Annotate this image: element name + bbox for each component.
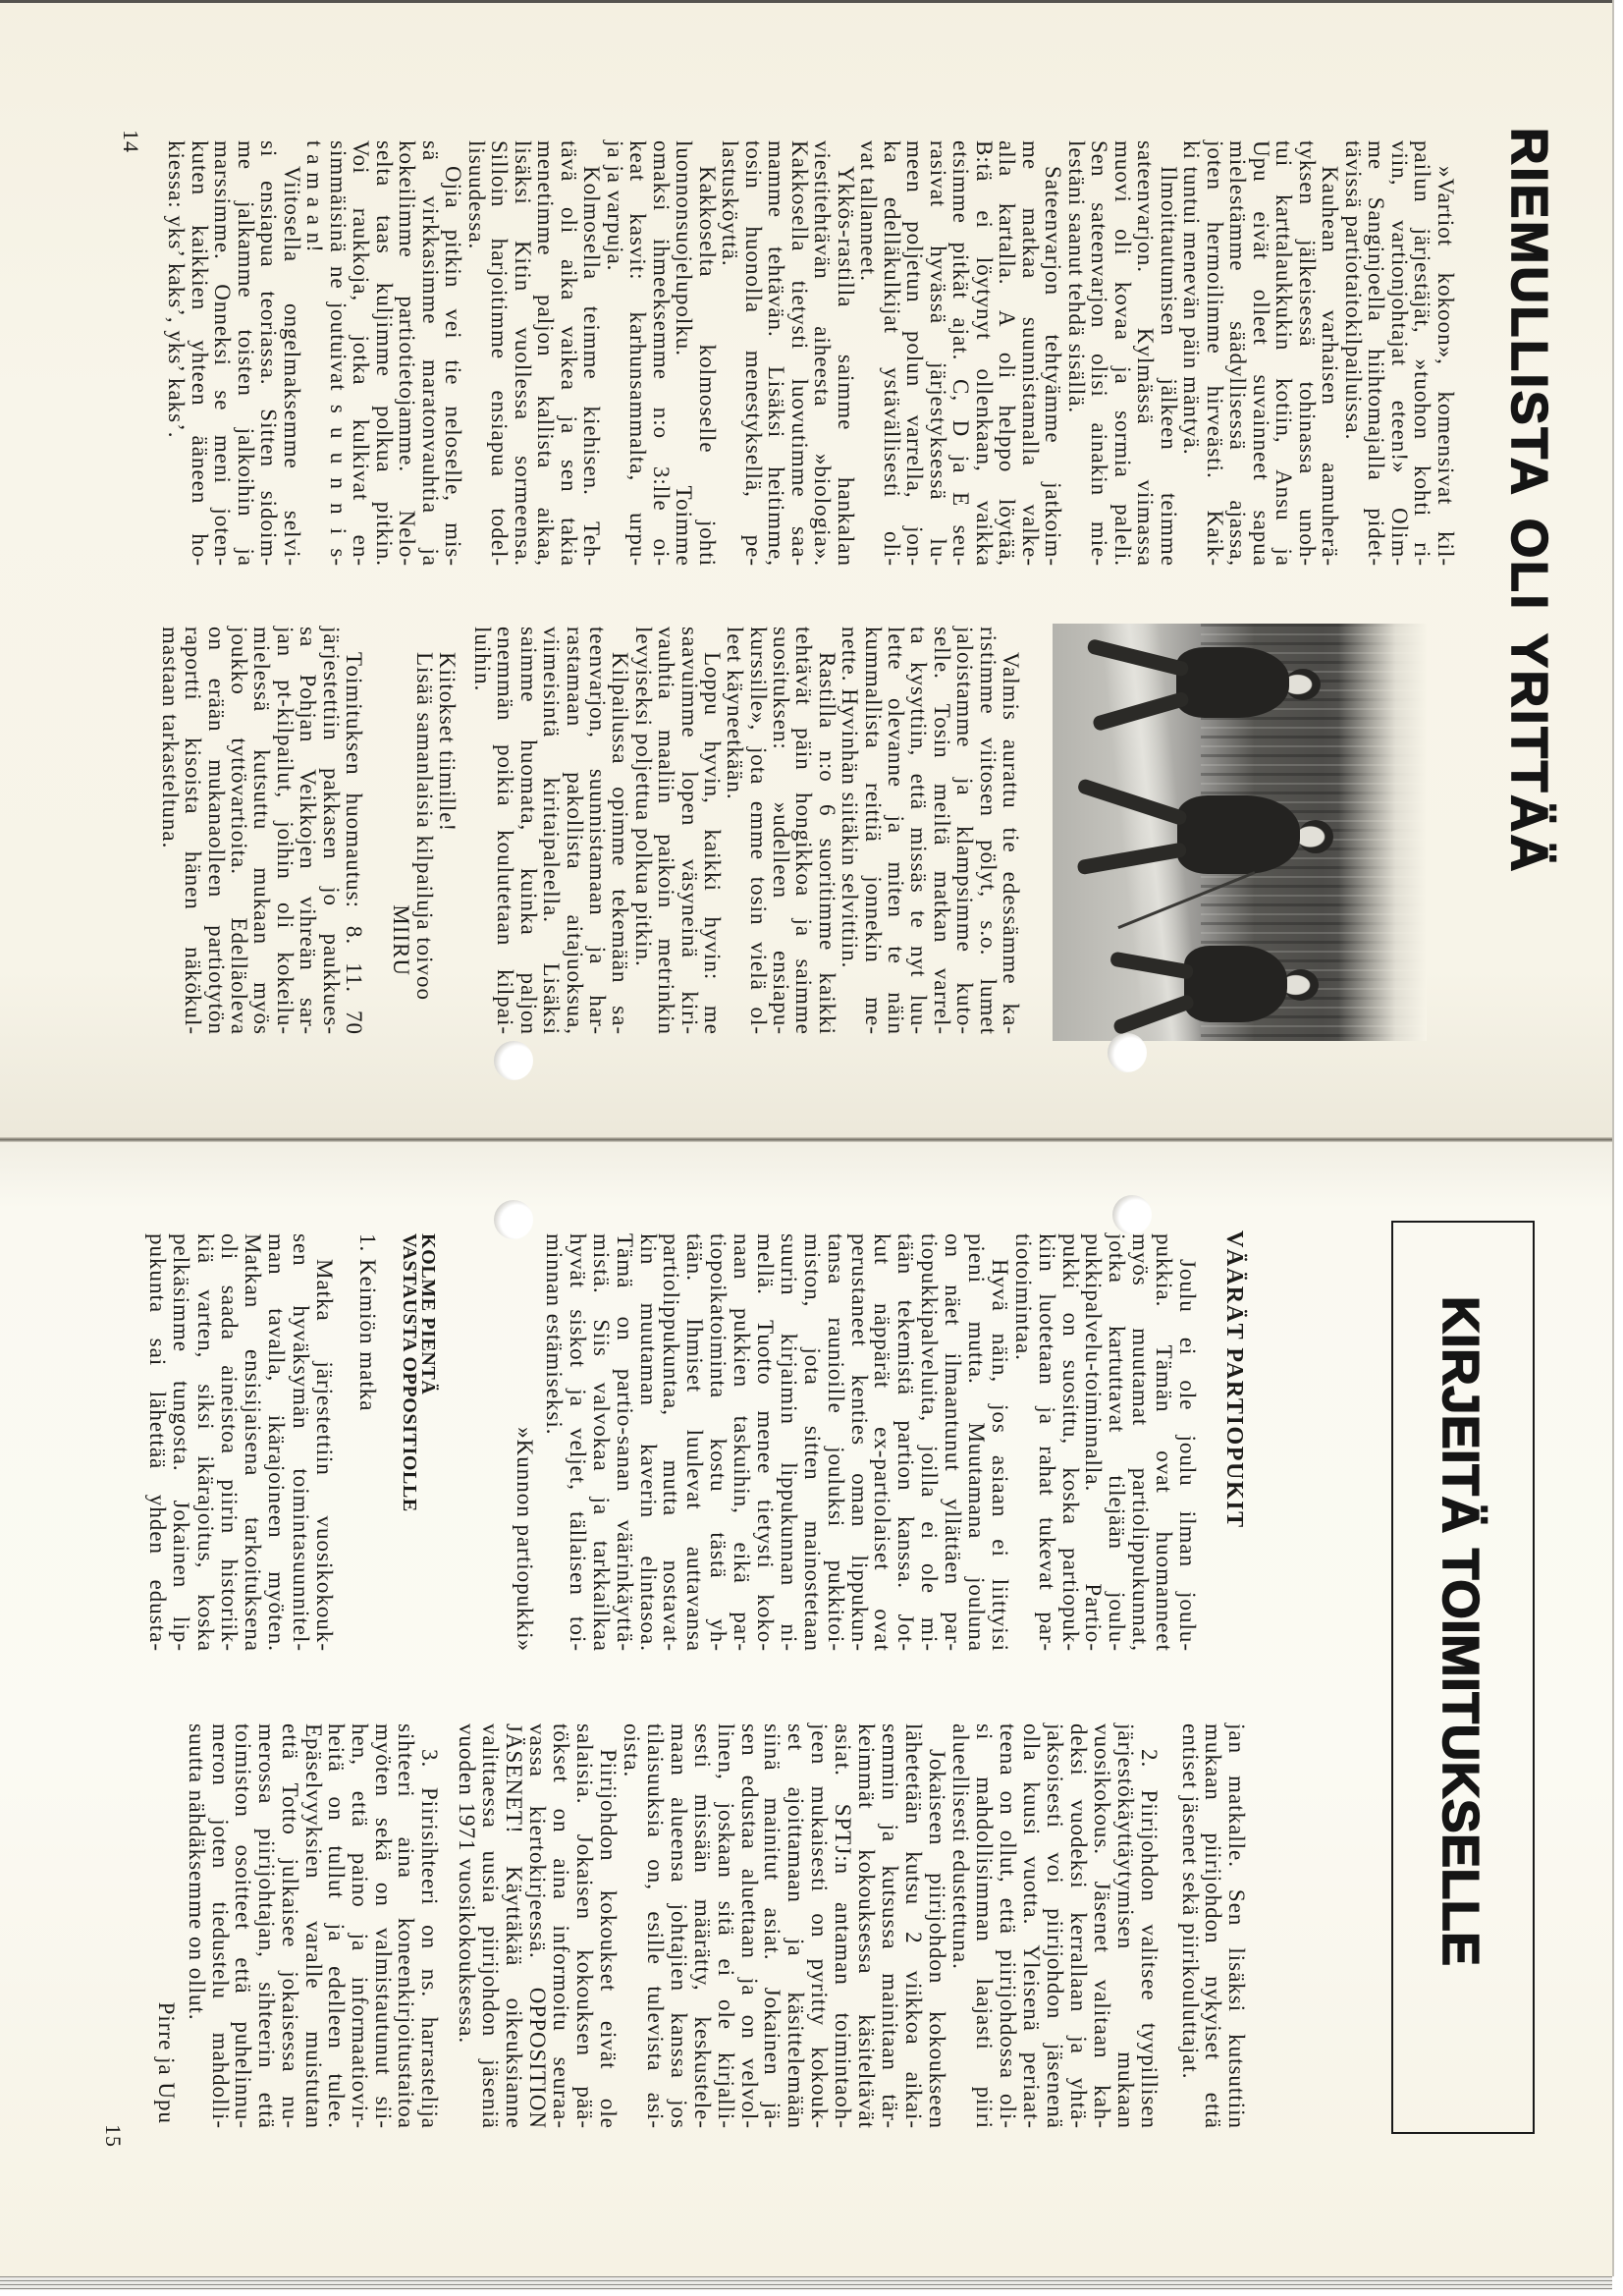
text-line: Kolmosella teimme kiehisen. Teh- (580, 140, 604, 567)
text-line: jaksoisesti voi piirijohdon jäsenenä (1043, 1723, 1066, 2129)
text-line: Jokaiseen piirijohdon kokoukseen (925, 1723, 948, 2129)
figure-head (1283, 969, 1319, 1001)
text-line: pukki on suosittu, koska partiopuk- (1058, 1233, 1082, 1652)
text-line: oista. (620, 1723, 643, 2129)
editor-note: Toimituksen huomautus: 8. 11. 70 järjest… (158, 627, 365, 1035)
author-signature: »Kunnon partiopukki» (513, 1233, 536, 1652)
text-line: lette olevanne ja miten te näin (885, 627, 907, 1035)
punch-hole (494, 1200, 533, 1239)
text-line: jan pt-kilpailut, joihin oli kokeilu- (273, 627, 296, 1035)
text-line: tävä oli aika vaikea ja sen takia (558, 140, 581, 567)
text-line: sihteeri aina koneenkirjoitustaitoa (395, 1723, 418, 2129)
text-line: ristimme viitosen pölyt, s.o. lumet (976, 627, 999, 1035)
text-line: set ajoittamaan ja käsittelemään (784, 1723, 808, 2129)
text-line: jan matkalle. Sen lisäksi kutsuttiin (1225, 1723, 1249, 2129)
text-line: tyksen jälkeisessä tohinassa unoh- (1296, 140, 1320, 567)
figure-body (1177, 795, 1300, 874)
letter-2-signature: Pirre ja Upu (154, 1723, 178, 2124)
text-line: si mahdollisimman laajasti piiri (972, 1723, 996, 2129)
text-line: sesti missään määrätty, keskustele- (690, 1723, 714, 2129)
text-line: man tavalla, ikärajoineen myöten. (264, 1233, 288, 1652)
text-line: nette. Hyvinhän siitäkin selvittiin. (839, 627, 861, 1035)
text-line: siinä mainitut asiat. Jokainen jä- (761, 1723, 784, 2129)
text-line: kiä varten, siksi ikärajoitus, koska (192, 1233, 216, 1652)
text-line: tään. Ihmiset luulevat auttavansa (682, 1233, 706, 1652)
text-line: myös muutamat partiolippukunnat, (1128, 1233, 1152, 1652)
text-line: selta taas kuljimme polkua pitkin. (373, 140, 397, 567)
text-line: maan alueensa johtajien kanssa jos (667, 1723, 690, 2129)
text-line: on näet ilmaantunut yllättäen par- (941, 1233, 964, 1652)
text-line: Lisää samanlaisia kilpailuja toivoo (412, 627, 435, 1035)
text-line: ka edelläkulkijat ystävällisesti oli- (881, 140, 904, 567)
text-line: ta kysyttiin, että missäs te nyt luu- (907, 627, 930, 1035)
letter-heading: VÄÄRÄT PARTIOPUKIT (1222, 1230, 1246, 1529)
letter-1-body: Joulu ei ole joulu ilman joulu- pukkia. … (542, 1233, 1199, 1652)
text-line: pieni mutta. Muutamana jouluna (964, 1233, 988, 1652)
text-line: kin muutaman kaverin elintasoa. (636, 1233, 660, 1652)
text-line: suutta nähdäksemme on ollut. (185, 1723, 208, 2129)
page-edge (1612, 0, 1614, 2276)
letter-2-column-2-part-2: 2. Piirijohdon valitsee tyypillisen järj… (455, 1723, 1161, 2129)
text-line: kiin luotetaan ja rahat tukevat par- (1035, 1233, 1058, 1652)
text-line: Valmis aurattu tie edessämme ka- (1000, 627, 1022, 1035)
text-line: tiotoimintaa. (1011, 1233, 1035, 1652)
text-line: lisuudessa. (465, 140, 489, 567)
text-line: mistä. Siis valvokaa ja tarkkailkaa (589, 1233, 613, 1652)
article-title: RIEMULLISTA OLI YRITTÄÄ (1503, 128, 1554, 874)
text-line: mielestämme säädyllisessä ajassa, (1226, 140, 1250, 567)
text-line: pukkia. Tämän ovat huomanneet (1152, 1233, 1175, 1652)
text-line: Ojia pitkin vei tie neloselle, mis- (442, 140, 465, 567)
text-line: me jalkamme toisten jalkoihin ja (235, 140, 258, 567)
text-line: entiset jäsenet sekä piirikouluttajat. (1179, 1723, 1203, 2129)
page-number: 14 (120, 130, 141, 153)
spine-fold (0, 1137, 1612, 1142)
text-line: minnan estämiseksi. (542, 1233, 566, 1652)
text-line: lestäni saanut tehdä sisällä. (1065, 140, 1089, 567)
text-line: si ensiapua teoriassa. Sitten sidoim- (257, 140, 281, 567)
text-line: linen, joskaan sitä ei ole kirjalli- (714, 1723, 737, 2129)
text-line: tiopoikatoiminta kostu tästä yh- (706, 1233, 730, 1652)
text-line: partiolippukuntaa, mutta nostavat- (660, 1233, 683, 1652)
text-line: naan pukkien taskuihin, eikä par- (730, 1233, 753, 1652)
text-line: merossa piirijohtajan, sihteerin että (255, 1723, 279, 2129)
punch-hole (494, 1041, 533, 1080)
text-line: Matka järjestettiin vuosikokouk- (312, 1233, 336, 1652)
text-line: salaisia. Jokaisen kokouksen pää- (572, 1723, 596, 2129)
text-line: kiessa: yks’ kaks’, yks’ kaks’. (165, 140, 189, 567)
text-line: enemmän poikia koulutetaan kilpai- (494, 627, 516, 1035)
text-line: pukkipalvelu-toiminnalla. Partio- (1082, 1233, 1106, 1652)
text-line: joukko tyttövartioita. Edelläoleva (228, 627, 250, 1035)
page-number: 15 (102, 2124, 124, 2148)
figure-leg (1076, 778, 1188, 827)
text-line: saavuimme lopen väsyneinä kiri- (677, 627, 700, 1035)
text-line: Viitosella ongelmaksemme selvi- (281, 140, 304, 567)
text-line: tilaisuuksia on, esille tulevista asi- (643, 1723, 667, 2129)
text-line: Hyvä näin, jos asiaan ei liittyisi (988, 1233, 1011, 1652)
author-signature: Pirre ja Upu (154, 1723, 178, 2124)
text-line: vuosikokous. Jäsenet valitaan kah- (1090, 1723, 1113, 2129)
text-line: sen edustaa aluettaan ja on velvol- (737, 1723, 761, 2129)
text-line: pukunta sai lähettää yhden edusta- (145, 1233, 169, 1652)
letter-2-subheading: 1. Keimiön matka (355, 1233, 379, 1411)
text-line: lisäksi Kitin vuollessa sormeensa. (512, 140, 535, 567)
figure-head (1285, 669, 1321, 700)
text-line: vuoden 1971 vuosikokouksessa. (455, 1723, 478, 2129)
text-line: Toimituksen huomautus: 8. 11. 70 (343, 627, 365, 1035)
text-line: suosituksen: »udelleen ensiapu- (770, 627, 792, 1035)
text-line: keat kasvit: karhunsammalta, urpu- (626, 140, 650, 567)
text-line: teena on ollut, että piirijohdossa oli- (996, 1723, 1019, 2129)
text-line: lastusköyttä. (719, 140, 742, 567)
text-line: meen poljetun polun varrella, jon- (903, 140, 927, 567)
text-line: Kauhean varhaisen aamuherä- (1319, 140, 1342, 567)
text-line: tehtävät päin hongikkoa ja saimme (792, 627, 815, 1035)
letter-2-heading: KOLME PIENTÄ VASTAUSTA OPPOSITIOLLE (400, 1233, 437, 1512)
photo-figure-scout (1068, 781, 1333, 889)
text-line: viin, vartionjohtajat eteen!» Olim- (1388, 140, 1412, 567)
text-line: Rastilla n:o 6 suoritimme kaikki (815, 627, 838, 1035)
text-line: Ilmoittautumisen jälkeen teimme (1158, 140, 1181, 567)
text-line: levyiseksi poljettua polkua pitkin. (631, 627, 654, 1035)
heading-line: KOLME PIENTÄ (418, 1233, 437, 1512)
text-line: marssimme. Onneksi se meni joten- (211, 140, 235, 567)
text-line: rasivat hyvässä järjestyksessä lu- (927, 140, 950, 567)
text-line: perustaneet kenties oman lippukun- (847, 1233, 871, 1652)
text-line: 3. Piirisihteeri on ns. harrastelija (417, 1723, 441, 2129)
text-line: heitä on tullut ja edelleen tulee. (325, 1723, 349, 2129)
text-line: joten hermoilimme hirveästi. Kaik- (1204, 140, 1227, 567)
text-line: Sateenvarjon tehtyämme jatkoim- (1042, 140, 1065, 567)
text-line: sateenvarjon. Kylmässä viimassa (1134, 140, 1158, 567)
text-line: Tämä on partio-sanan väärinkäyttä- (613, 1233, 636, 1652)
text-line: Silloin harjoitimme ensiapua todel- (488, 140, 512, 567)
letter-2-column-2-part-3: 3. Piirisihteeri on ns. harrastelija sih… (185, 1723, 441, 2129)
letter-1-signature: »Kunnon partiopukki» (513, 1233, 536, 1652)
text-line: Kiitokset tiimille! (436, 627, 459, 1035)
text-line: keimmät kokouksessa käsiteltävät (854, 1723, 878, 2129)
photo-figure-scout (1112, 936, 1319, 1034)
text-line: mielessä kutsuttu mukaan myös (250, 627, 273, 1035)
text-line: teenvarjon, suunnistamaan ja har- (586, 627, 609, 1035)
letter-2-column-2-part-1: jan matkalle. Sen lisäksi kutsuttiin muk… (1179, 1723, 1249, 2129)
text-line: 2. Piirijohdon valitsee tyypillisen (1137, 1723, 1161, 2129)
text-line: hen, että paino ja informaatiovir- (348, 1723, 371, 2129)
section-title: KIRJEITÄ TOIMITUKSELLE (1434, 1296, 1486, 1967)
figure-leg (1109, 951, 1194, 980)
text-line: mamme tehtävän. Lisäksi heitimme, (765, 140, 788, 567)
text-line: jeen mukaisesti on pyritty kokouk- (807, 1723, 831, 2129)
text-line: oli saada aineistoa piirin historiik- (217, 1233, 241, 1652)
text-line: on erään mukanaolleen partiotytön (204, 627, 227, 1035)
text-line: luihin. (471, 627, 494, 1035)
text-line: valittaessa uusia piirijohdon jäseniä (478, 1723, 502, 2129)
text-line: pelkäsimme tungosta. Jokainen lip- (169, 1233, 192, 1652)
text-line: saimme huomata, kuinka paljon (516, 627, 539, 1035)
text-line: menetimme paljon kallista aikaa, (534, 140, 558, 567)
figure-head (1298, 820, 1333, 853)
text-line: vassa kiertokirjeessä. OPPOSITION (525, 1723, 549, 2129)
text-line: kut näppärät ex-partiolaiset ovat (871, 1233, 894, 1652)
text-line: alueellisesti edustettuna. (948, 1723, 972, 2129)
text-line: lähetetään kutsu 2 viikkoa aikai- (901, 1723, 925, 2129)
heading-line: VASTAUSTA OPPOSITIOLLE (400, 1233, 418, 1512)
text-line: asiat. SPTJ:n antaman toimintaoh- (831, 1723, 854, 2129)
text-line: hyvät siskot ja veljet, tällaisen toi- (566, 1233, 589, 1652)
text-line: »Vartiot kokoon», komensivat kil- (1434, 140, 1458, 567)
text-line: mukaan piirijohdon nykyiset että (1202, 1723, 1225, 2129)
text-line: toimiston osoitteet että puhelinnu- (232, 1723, 255, 2129)
article-photo (1053, 624, 1427, 1041)
article-column-1: »Vartiot kokoon», komensivat kil- pailun… (165, 140, 1457, 567)
text-line: leet käyneetkään. (724, 627, 746, 1035)
letter-2-column-1: Matka järjestettiin vuosikokouk- sen hyv… (145, 1233, 336, 1652)
text-line: tui karttalaukkukin kotiin, Ansu ja (1272, 140, 1296, 567)
text-line: luonnonsuojelupolku. Toimme (673, 140, 696, 567)
figure-leg (1086, 638, 1190, 678)
text-line: Upu eivät olleet suvainneet sapua (1250, 140, 1273, 567)
text-line: rastamaan pakollista aitajuoksua, (563, 627, 585, 1035)
text-line: ja ja varpuja. (604, 140, 627, 567)
photo-figure-scout (1085, 633, 1321, 732)
text-line: Matkan ensisijaisena tarkoituksena (241, 1233, 264, 1652)
text-line: omaksi ihmeeksemme n:o 3:lle oi- (650, 140, 674, 567)
figure-body (1184, 946, 1287, 1022)
text-line: että Totto julkaisee jokaisessa nu- (278, 1723, 301, 2129)
punch-hole (1108, 1033, 1147, 1072)
figure-leg (1112, 993, 1196, 1035)
text-line: meron joten tiedustelu mahdolli- (208, 1723, 232, 2129)
text-line: me matkaa suunnistamalla valke- (1019, 140, 1043, 567)
text-line: Kilpailussa opimme tekemään sa- (609, 627, 631, 1035)
text-line: jotka kartuttavat tilejään joulu- (1105, 1233, 1128, 1652)
text-line: selle. Tosin meiltä matkan varrel- (930, 627, 952, 1035)
text-line: etsimme pitkät ajat. C, D ja E seu- (949, 140, 973, 567)
text-line: Epäselvyyksien varalle muistutan (301, 1723, 325, 2129)
text-line: tiopukkipalveluita, joilla ei ole mi- (917, 1233, 941, 1652)
text-line: jaloistamme ja klampsimme kuto- (953, 627, 976, 1035)
punch-hole (1112, 1195, 1152, 1234)
text-line: tävissä partiotaitokilpailuissa. (1342, 140, 1366, 567)
text-line: semmin ja kutsussa mainitaan tär- (878, 1723, 901, 2129)
text-line: ki tuntui menevän päin mäntyä. (1180, 140, 1204, 567)
text-line: Voi raukkoja, jotka kulkivat en- (350, 140, 373, 567)
text-line: järjestökäyttäytymisen mukaan (1113, 1723, 1137, 2129)
text-line: myöten sekä on valmistautunut sii- (371, 1723, 395, 2129)
text-line: Kakkosella tietysti luovutimme saa- (788, 140, 812, 567)
text-line: pailun järjestäjät, »tuohon kohti ri- (1411, 140, 1434, 567)
text-line: suurin kirjaimin lippukunnan ni- (777, 1233, 800, 1652)
figure-leg (1092, 690, 1190, 732)
text-line: olla kuusi vuotta. Yleisenä periaat- (1019, 1723, 1043, 2129)
text-line: Sen sateenvarjon olisi ainakin mie- (1088, 140, 1111, 567)
text-line: JÄSENET! Käyttäkää oikeuksianne (502, 1723, 525, 2129)
text-line: simmäisinä ne joutuivat s u u n n i s- (327, 140, 351, 567)
text-line: kokeilimme partiotietojamme. Nelo- (396, 140, 419, 567)
text-line: miston, jota sitten mainostetaan (800, 1233, 824, 1652)
text-line: muovi oli kovaa ja sormia paleli. (1111, 140, 1135, 567)
text-line: kummallista reittiä jonnekin me- (861, 627, 884, 1035)
text-line: deksi vuodeksi kerrallaan ja yhtä- (1066, 1723, 1090, 2129)
text-line: tosin huonolla menestyksellä, pe- (742, 140, 766, 567)
text-line: B:tä ei löytynyt ollenkaan, vaikka (973, 140, 997, 567)
text-line: sä virkkasimme maratonvauhtia ja (419, 140, 443, 567)
text-line: Loppu hyvin, kaikki hyvin: me (701, 627, 724, 1035)
text-line: sen hyväksymän toimintasuunnitel- (288, 1233, 311, 1652)
text-line: alla kartalla. A oli helppo löytää, (996, 140, 1019, 567)
text-line: sa Pohjan Veikkojen vihreän sar- (297, 627, 319, 1035)
text-line: Piirijohdon kokoukset eivät ole (596, 1723, 620, 2129)
text-line: kuten kaikkien yhteen ääneen ho- (189, 140, 212, 567)
figure-leg (1076, 842, 1187, 875)
author-signature: MIIRU (390, 627, 412, 1035)
text-line: viestitehtävän aiheesta »biologia». (811, 140, 835, 567)
magazine-spread: RIEMULLISTA OLI YRITTÄÄ »Vartiot kokoon»… (0, 0, 1623, 2296)
text-line: kurssille», jota emme tosin vielä ol- (746, 627, 769, 1035)
text-line: mellä. Tuotto menee tietysti koko- (753, 1233, 777, 1652)
article-closing: Kiitokset tiimille! Lisää samanlaisia ki… (390, 627, 459, 1035)
text-line: mastaan tarkasteltuna. (158, 627, 181, 1035)
text-line: vauhtia maaliin paikoin metrinkin (655, 627, 677, 1035)
article-column-2: Valmis aurattu tie edessämme ka- ristimm… (471, 627, 1022, 1035)
text-line: tökset on aina informoitu seuraa- (549, 1723, 572, 2129)
text-line: tansa raunioille jouluksi pukkitoi- (824, 1233, 847, 1652)
text-line: vat tallanneet. (857, 140, 881, 567)
text-line: Ykkös-rastilla saimme hankalan (835, 140, 858, 567)
text-line: Joulu ei ole joulu ilman joulu- (1175, 1233, 1199, 1652)
text-line: viimeisintä kiritaipaleella. Lisäksi (540, 627, 563, 1035)
text-line: Kakkoselta kolmoselle johti (696, 140, 720, 567)
text-line: raportti kisoista hänen näkökul- (182, 627, 204, 1035)
text-line: tään tekemistä partion kanssa. Jot- (893, 1233, 917, 1652)
text-line: järjestettiin pakkasen jo paukkues- (319, 627, 342, 1035)
figure-body (1176, 647, 1289, 718)
text-line: t a m a a n! (303, 140, 327, 567)
page-stack-edge (0, 2276, 1612, 2290)
photo-top-fade (1338, 624, 1427, 1041)
text-line: me Sanginjoella hiihtomajalla pidet- (1365, 140, 1388, 567)
